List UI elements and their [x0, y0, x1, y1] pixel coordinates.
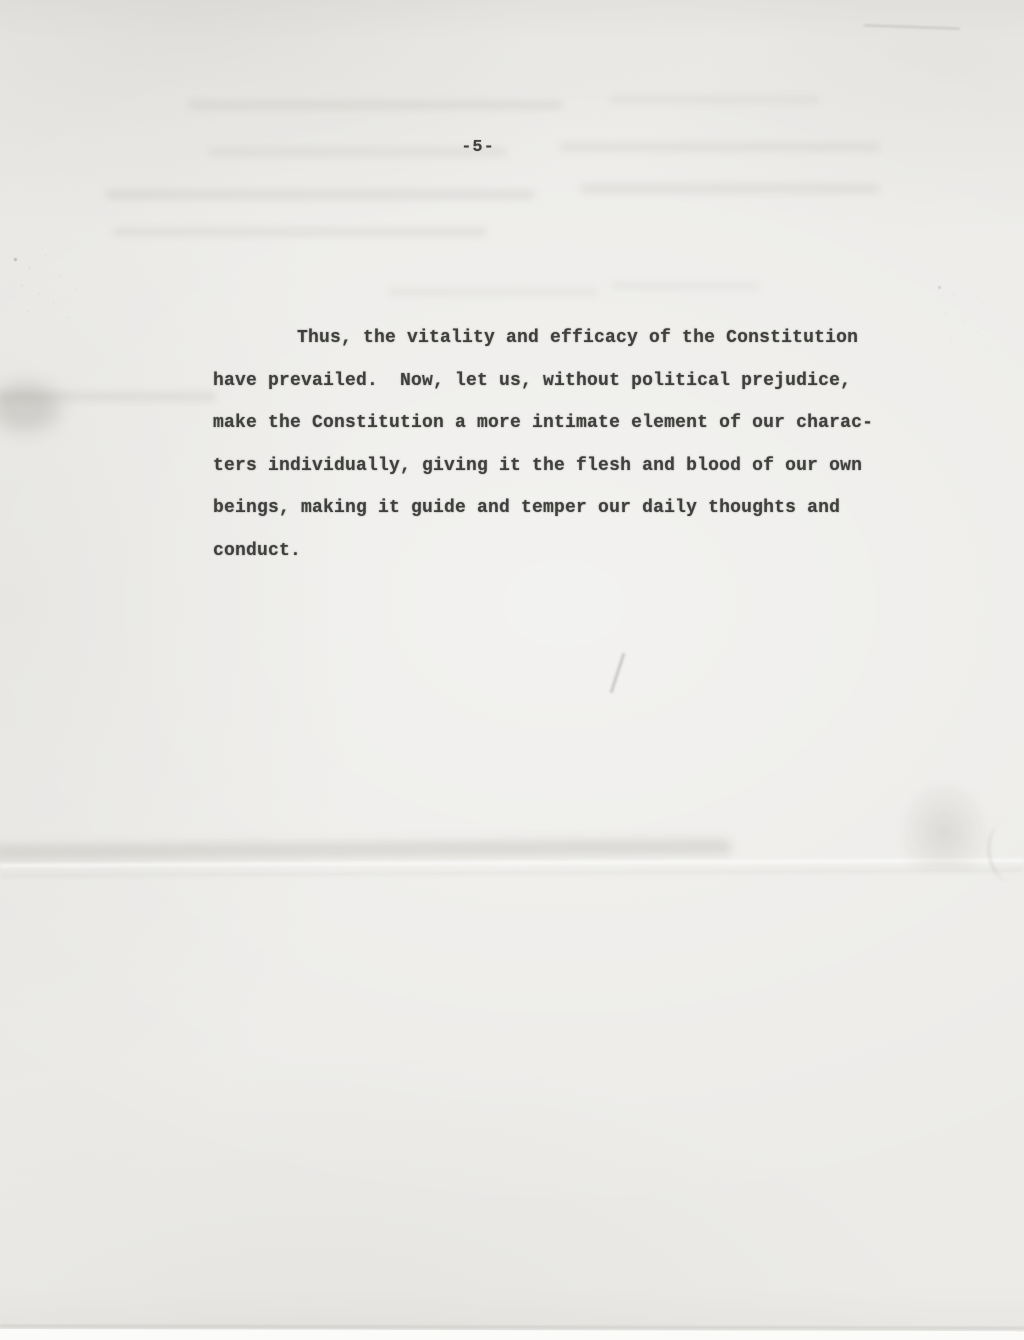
page-number: -5- [0, 138, 956, 157]
paragraph-line: conduct. [213, 530, 873, 573]
paragraph-line: have prevailed. Now, let us, without pol… [213, 360, 873, 403]
speckle-cluster [14, 258, 17, 261]
fold-crease [0, 869, 1024, 876]
bleed-through-smudge [610, 96, 820, 103]
fold-crease [0, 858, 1024, 867]
bleed-through-smudge [580, 184, 880, 193]
paragraph-line: beings, making it guide and temper our d… [213, 487, 873, 530]
edge-smudge [0, 392, 215, 401]
bleed-through-smudge [610, 282, 760, 290]
paragraph-line: make the Constitution a more intimate el… [213, 402, 873, 445]
edge-smudge [0, 383, 60, 431]
bleed-through-smudge [188, 101, 563, 109]
speckle-cluster [938, 286, 941, 289]
bleed-through-smudge [105, 190, 535, 199]
scanner-background [0, 1329, 1024, 1340]
paragraph-line: ters individually, giving it the flesh a… [213, 445, 873, 488]
typed-paragraph: Thus, the vitality and efficacy of the C… [213, 317, 873, 572]
scanned-document-page: -5- Thus, the vitality and efficacy of t… [0, 0, 1024, 1340]
fold-crease [0, 839, 732, 860]
scratch-mark [610, 653, 626, 694]
pencil-mark [864, 24, 960, 29]
bleed-through-smudge [112, 228, 487, 236]
paragraph-line: Thus, the vitality and efficacy of the C… [213, 317, 873, 360]
bleed-through-smudge [388, 288, 598, 296]
crumple-mark [896, 778, 992, 870]
